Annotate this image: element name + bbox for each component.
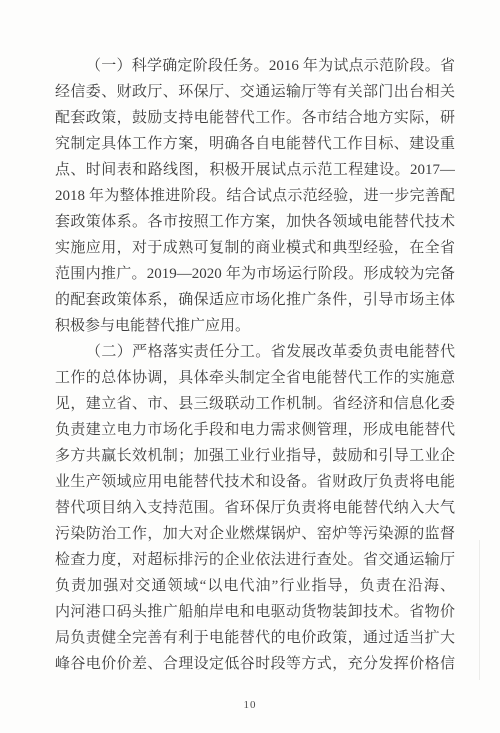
text-line: 负责建立电力市场化手段和电力需求侧管理，形成电能替代 xyxy=(55,417,455,443)
text-line: 配套政策，鼓励支持电能替代工作。各市结合地方实际，研 xyxy=(55,105,455,131)
text-line: 经信委、财政厅、环保厅、交通运输厅等有关部门出台相关 xyxy=(55,79,455,105)
text-line: 范围内推广。2019—2020 年为市场运行阶段。形成较为完备 xyxy=(55,261,455,287)
text-line: 点、时间表和路线图，积极开展试点示范工程建设。2017— xyxy=(55,157,455,183)
text-line: 积极参与电能替代推广应用。 xyxy=(55,313,455,339)
scan-artifact-line xyxy=(479,540,480,680)
document-page: （一）科学确定阶段任务。2016 年为试点示范阶段。省经信委、财政厅、环保厅、交… xyxy=(0,0,500,733)
paragraph-1: （一）科学确定阶段任务。2016 年为试点示范阶段。省经信委、财政厅、环保厅、交… xyxy=(55,53,455,339)
text-line: 负责加强对交通领域“以电代油”行业指导，负责在沿海、 xyxy=(55,573,455,599)
paragraph-2: （二）严格落实责任分工。省发展改革委负责电能替代工作的总体协调，具体牵头制定全省… xyxy=(55,339,455,677)
text-line: 检查力度，对超标排污的企业依法进行查处。省交通运输厅 xyxy=(55,547,455,573)
text-line: 2018 年为整体推进阶段。结合试点示范经验，进一步完善配 xyxy=(55,183,455,209)
text-line: （二）严格落实责任分工。省发展改革委负责电能替代 xyxy=(55,339,455,365)
text-line: 套政策体系。各市按照工作方案，加快各领域电能替代技术 xyxy=(55,209,455,235)
text-line: 见，建立省、市、县三级联动工作机制。省经济和信息化委 xyxy=(55,391,455,417)
page-number: 10 xyxy=(0,699,500,711)
body-text: （一）科学确定阶段任务。2016 年为试点示范阶段。省经信委、财政厅、环保厅、交… xyxy=(55,53,455,677)
text-line: 实施应用，对于成熟可复制的商业模式和典型经验，在全省 xyxy=(55,235,455,261)
text-line: 局负责健全完善有利于电能替代的电价政策，通过适当扩大 xyxy=(55,625,455,651)
text-line: （一）科学确定阶段任务。2016 年为试点示范阶段。省 xyxy=(55,53,455,79)
text-line: 工作的总体协调，具体牵头制定全省电能替代工作的实施意 xyxy=(55,365,455,391)
text-line: 峰谷电价价差、合理设定低谷时段等方式，充分发挥价格信 xyxy=(55,651,455,677)
text-line: 究制定具体工作方案，明确各自电能替代工作目标、建设重 xyxy=(55,131,455,157)
text-line: 多方共赢长效机制；加强工业行业指导，鼓励和引导工业企 xyxy=(55,443,455,469)
text-line: 污染防治工作，加大对企业燃煤锅炉、窑炉等污染源的监督 xyxy=(55,521,455,547)
text-line: 的配套政策体系，确保适应市场化推广条件，引导市场主体 xyxy=(55,287,455,313)
text-line: 业生产领域应用电能替代技术和设备。省财政厅负责将电能 xyxy=(55,469,455,495)
text-line: 替代项目纳入支持范围。省环保厅负责将电能替代纳入大气 xyxy=(55,495,455,521)
text-line: 内河港口码头推广船舶岸电和电驱动货物装卸技术。省物价 xyxy=(55,599,455,625)
